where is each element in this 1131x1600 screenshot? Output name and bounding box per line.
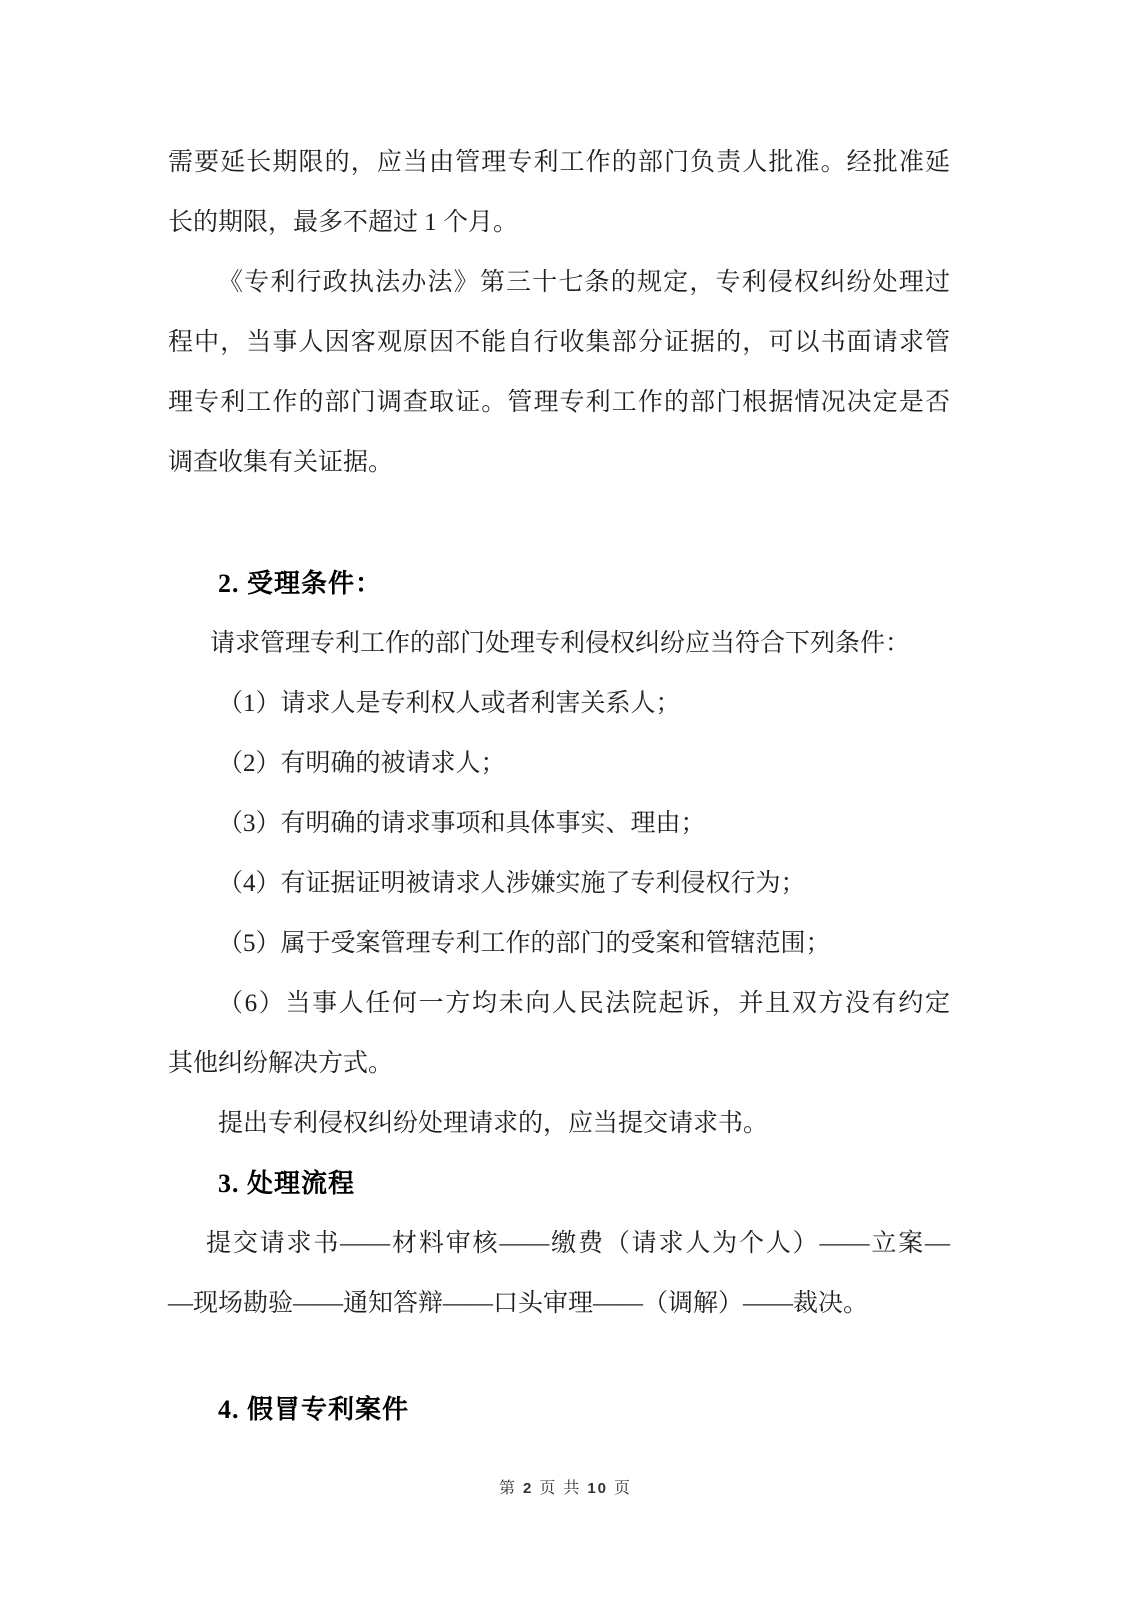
para-flow-steps: 提交请求书——材料审核——缴费（请求人为个人）——立案——现场勘验——通知答辩—…	[168, 1214, 950, 1334]
heading-acceptance-conditions: 2. 受理条件：	[168, 554, 950, 614]
paragraph-line: 提出专利侵权纠纷处理请求的，应当提交请求书。	[168, 1094, 950, 1154]
paragraph-line: 需要延长期限的，应当由管理专利工作的部门负责人批准。经批准延	[168, 133, 950, 193]
paragraph-line: 请求管理专利工作的部门处理专利侵权纠纷应当符合下列条件：	[168, 614, 950, 674]
para-evidence-collection: 《专利行政执法办法》第三十七条的规定，专利侵权纠纷处理过程中，当事人因客观原因不…	[168, 253, 950, 493]
footer-page-label: 页	[539, 1480, 557, 1497]
list-item-line: （6）当事人任何一方均未向人民法院起诉，并且双方没有约定	[168, 974, 950, 1034]
document-page: 需要延长期限的，应当由管理专利工作的部门负责人批准。经批准延长的期限，最多不超过…	[0, 0, 1131, 1600]
footer-conjunction: 共	[563, 1480, 581, 1497]
heading-processing-flow: 3. 处理流程	[168, 1154, 950, 1214]
page-footer: 第 2 页 共 10 页	[0, 1478, 1131, 1500]
footer-total-label: 页	[614, 1480, 632, 1497]
condition-item-4: （4）有证据证明被请求人涉嫌实施了专利侵权行为；	[168, 854, 950, 914]
para-extension-approval: 需要延长期限的，应当由管理专利工作的部门负责人批准。经批准延长的期限，最多不超过…	[168, 133, 950, 253]
footer-page-number: 2	[523, 1480, 533, 1497]
para-submit-request: 提出专利侵权纠纷处理请求的，应当提交请求书。	[168, 1094, 950, 1154]
paragraph-line: 提交请求书——材料审核——缴费（请求人为个人）——立案—	[168, 1214, 950, 1274]
heading-text: 2. 受理条件：	[168, 554, 950, 614]
paragraph-line: 《专利行政执法办法》第三十七条的规定，专利侵权纠纷处理过	[168, 253, 950, 313]
list-item-line: （5）属于受案管理专利工作的部门的受案和管辖范围；	[168, 914, 950, 974]
condition-item-3: （3）有明确的请求事项和具体事实、理由；	[168, 794, 950, 854]
list-item-line: （2）有明确的被请求人；	[168, 734, 950, 794]
paragraph-line: 调查收集有关证据。	[168, 433, 950, 493]
footer-total-pages: 10	[587, 1480, 608, 1497]
list-item-line: （1）请求人是专利权人或者利害关系人；	[168, 674, 950, 734]
para-conditions-intro: 请求管理专利工作的部门处理专利侵权纠纷应当符合下列条件：	[168, 614, 950, 674]
footer-prefix: 第	[499, 1480, 517, 1497]
paragraph-line: —现场勘验——通知答辩——口头审理——（调解）——裁决。	[168, 1274, 950, 1334]
list-item-line: （4）有证据证明被请求人涉嫌实施了专利侵权行为；	[168, 854, 950, 914]
condition-item-1: （1）请求人是专利权人或者利害关系人；	[168, 674, 950, 734]
paragraph-line: 程中，当事人因客观原因不能自行收集部分证据的，可以书面请求管	[168, 313, 950, 373]
paragraph-line: 长的期限，最多不超过 1 个月。	[168, 193, 950, 253]
condition-item-5: （5）属于受案管理专利工作的部门的受案和管辖范围；	[168, 914, 950, 974]
heading-text: 4. 假冒专利案件	[168, 1380, 950, 1440]
document-body: 需要延长期限的，应当由管理专利工作的部门负责人批准。经批准延长的期限，最多不超过…	[168, 133, 950, 1440]
list-item-line: 其他纠纷解决方式。	[168, 1034, 950, 1094]
condition-item-6: （6）当事人任何一方均未向人民法院起诉，并且双方没有约定其他纠纷解决方式。	[168, 974, 950, 1094]
heading-text: 3. 处理流程	[168, 1154, 950, 1214]
heading-counterfeit-patent-cases: 4. 假冒专利案件	[168, 1380, 950, 1440]
list-item-line: （3）有明确的请求事项和具体事实、理由；	[168, 794, 950, 854]
paragraph-line: 理专利工作的部门调查取证。管理专利工作的部门根据情况决定是否	[168, 373, 950, 433]
condition-item-2: （2）有明确的被请求人；	[168, 734, 950, 794]
